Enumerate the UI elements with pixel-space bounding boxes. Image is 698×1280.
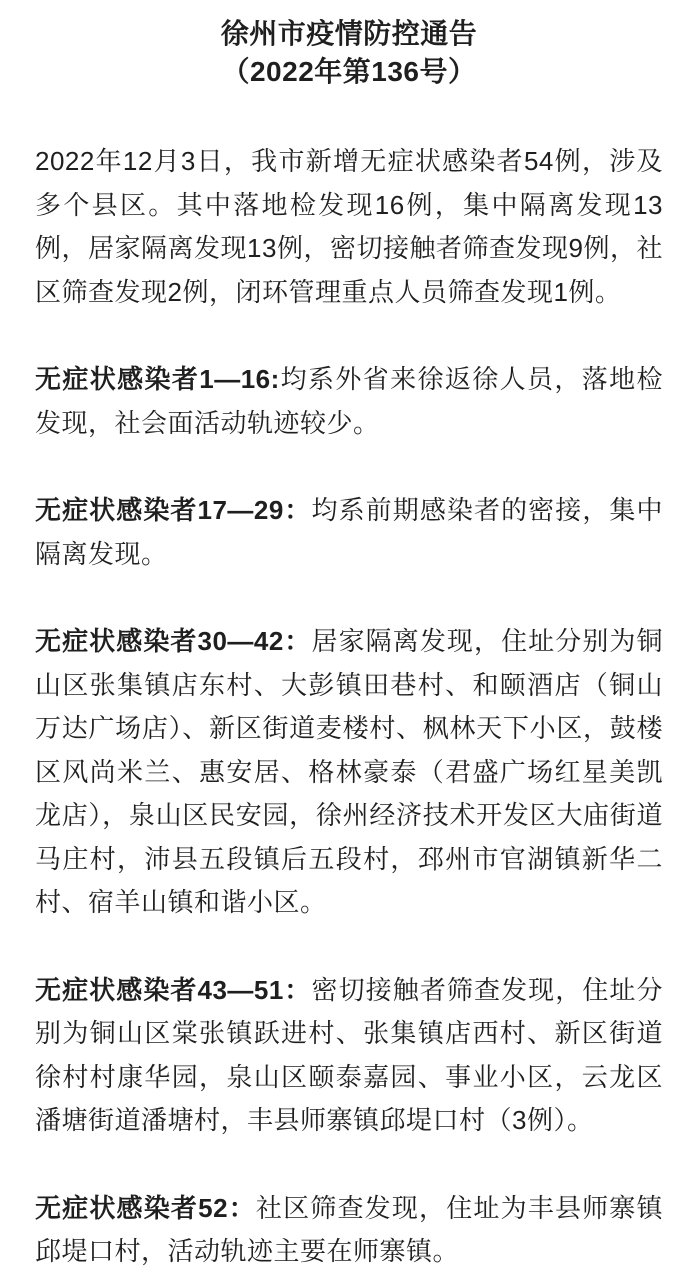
case-range-label: 无症状感染者52： <box>35 1193 256 1223</box>
cases-17-29-paragraph: 无症状感染者17—29：均系前期感染者的密接，集中隔离发现。 <box>35 489 663 576</box>
case-range-label: 无症状感染者43—51： <box>35 975 312 1005</box>
cases-1-16-paragraph: 无症状感染者1—16:均系外省来徐返徐人员，落地检发现，社会面活动轨迹较少。 <box>35 358 663 445</box>
case-range-label: 无症状感染者1—16: <box>35 364 280 394</box>
notice-page: 徐州市疫情防控通告 （2022年第136号） 2022年12月3日，我市新增无症… <box>0 0 698 1280</box>
notice-title-block: 徐州市疫情防控通告 （2022年第136号） <box>0 15 698 91</box>
case-range-label: 无症状感染者30—42： <box>35 626 312 656</box>
notice-body: 2022年12月3日，我市新增无症状感染者54例，涉及多个县区。其中落地检发现1… <box>35 140 663 1274</box>
case-range-label: 无症状感染者17—29： <box>35 495 312 525</box>
summary-paragraph: 2022年12月3日，我市新增无症状感染者54例，涉及多个县区。其中落地检发现1… <box>35 140 663 314</box>
paragraph-text: 居家隔离发现，住址分别为铜山区张集镇店东村、大彭镇田巷村、和颐酒店（铜山万达广场… <box>35 626 663 917</box>
notice-title: 徐州市疫情防控通告 <box>0 15 698 53</box>
cases-43-51-paragraph: 无症状感染者43—51：密切接触者筛查发现，住址分别为铜山区棠张镇跃进村、张集镇… <box>35 969 663 1143</box>
cases-30-42-paragraph: 无症状感染者30—42：居家隔离发现，住址分别为铜山区张集镇店东村、大彭镇田巷村… <box>35 620 663 925</box>
notice-number: （2022年第136号） <box>0 53 698 91</box>
paragraph-text: 2022年12月3日，我市新增无症状感染者54例，涉及多个县区。其中落地检发现1… <box>35 146 663 307</box>
case-52-paragraph: 无症状感染者52：社区筛查发现，住址为丰县师寨镇邱堤口村，活动轨迹主要在师寨镇。 <box>35 1187 663 1274</box>
